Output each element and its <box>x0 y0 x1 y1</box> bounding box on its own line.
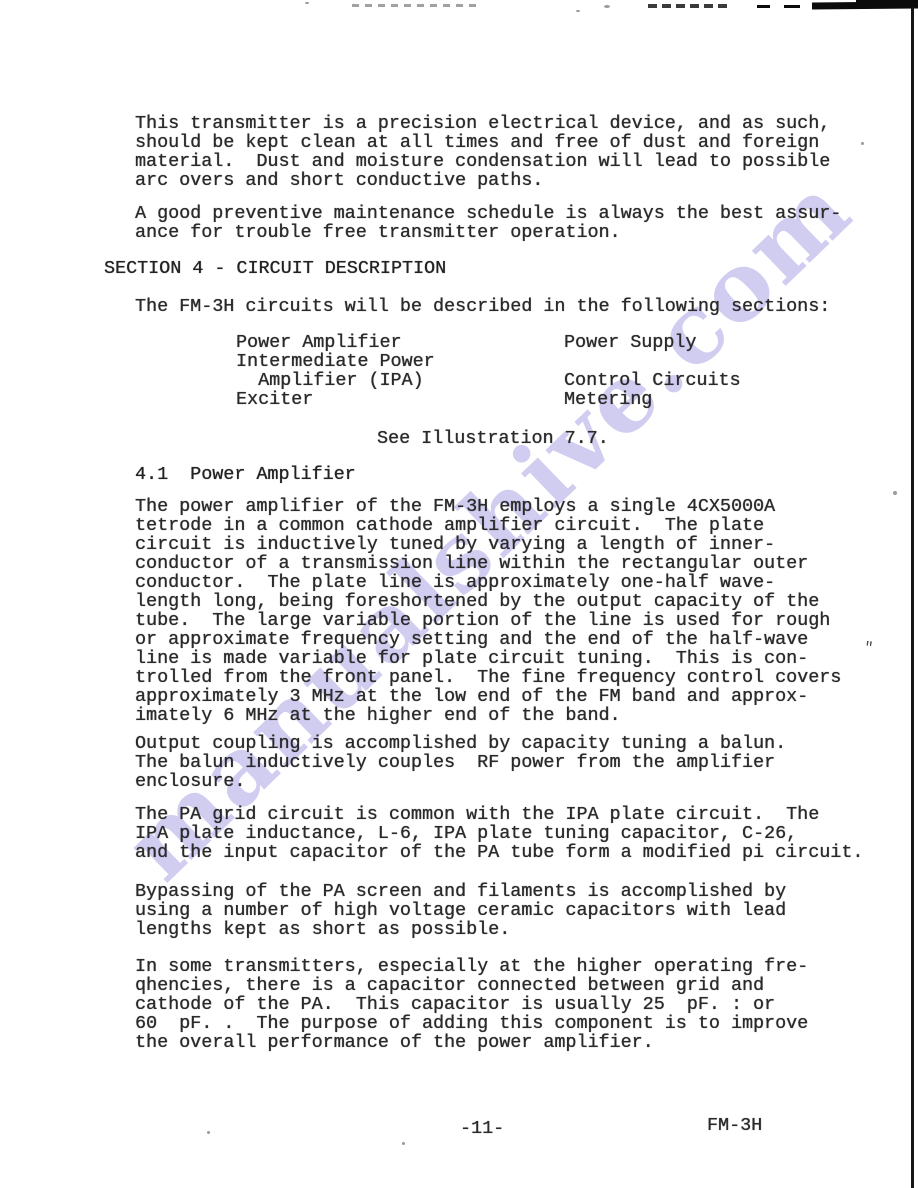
circuit-list-right-column: Power Supply Control Circuits Metering <box>564 333 741 409</box>
paragraph-bypassing: Bypassing of the PA screen and filaments… <box>135 882 786 939</box>
scan-artifact-dashes <box>352 4 480 7</box>
footer-page-number: -11- <box>460 1119 504 1138</box>
scan-speck <box>893 491 897 495</box>
paragraph-power-amplifier: The power amplifier of the FM-3H employs… <box>135 497 841 725</box>
see-illustration-note: See Illustration 7.7. <box>377 429 609 448</box>
scanned-manual-page: ″ manualshive.com This transmitter is a … <box>0 0 918 1188</box>
paragraph-sections-intro: The FM-3H circuits will be described in … <box>135 297 830 316</box>
scan-artifact-bar <box>856 0 918 3</box>
paragraph-grid-cathode-capacitor: In some transmitters, especially at the … <box>135 957 808 1052</box>
section-4-1-heading: 4.1 Power Amplifier <box>135 465 356 484</box>
scan-speck <box>604 5 610 8</box>
paragraph-pa-grid-circuit: The PA grid circuit is common with the I… <box>135 805 863 862</box>
scan-speck <box>207 1131 210 1134</box>
scan-speck <box>305 2 309 4</box>
scan-artifact-vertical-line <box>911 7 914 1188</box>
section-4-heading: SECTION 4 - CIRCUIT DESCRIPTION <box>104 259 446 278</box>
footer-doc-reference: FM-3H <box>707 1116 762 1135</box>
scan-speck <box>861 142 864 145</box>
paragraph-preventive-maintenance: A good preventive maintenance schedule i… <box>135 204 841 242</box>
paragraph-cleanliness: This transmitter is a precision electric… <box>135 114 830 190</box>
paragraph-output-coupling: Output coupling is accomplished by capac… <box>135 734 786 791</box>
scan-speck <box>402 1142 405 1145</box>
scan-artifact-mark <box>757 5 770 8</box>
scan-artifact-mark <box>784 5 800 8</box>
circuit-list-left-column: Power Amplifier Intermediate Power Ampli… <box>236 333 435 409</box>
scan-speck <box>576 10 580 12</box>
scan-artifact-dashes <box>648 4 730 8</box>
scan-artifact-quote-mark: ″ <box>863 639 874 657</box>
